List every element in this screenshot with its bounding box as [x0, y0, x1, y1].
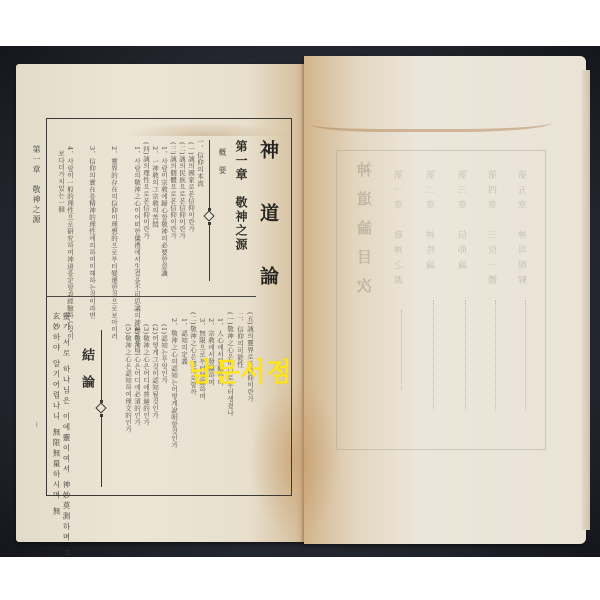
page-number-marker: ㅣ — [34, 420, 40, 429]
text-column: 2、靈界的存在의信仰이理想的으로부터變遷한것으로보아이러 — [110, 146, 118, 340]
conclusion-label: 結論 — [80, 348, 96, 402]
text-column: (1)認知는무엇인가 — [160, 324, 168, 384]
book-title: 神道論 — [258, 140, 282, 329]
ornament-rule-upper-bottom — [209, 225, 210, 281]
text-column: (四)誠의理性으로본信仰이란가 — [142, 142, 150, 239]
text-column: 2、敬神之心의認知는어떻게說明할것인가 — [170, 318, 178, 449]
conclusion-column: 玄妙하야 알기어렵나니 無限無量하시며 無 — [52, 312, 60, 517]
section-divider — [46, 296, 256, 297]
bleed-through-line: 第二章 神性論 — [425, 170, 438, 275]
text-column: 2、一神敎의그宗敎의苦悶 — [151, 146, 159, 228]
bleed-through-title: 神道論目次 — [354, 162, 375, 307]
conclusion-column: 靈가 서로 하나님은 이에靈이여서 神妙莫測하며 그 — [62, 312, 70, 559]
bookstore-watermark: 남문서점 — [188, 352, 292, 389]
text-column: 一、信仰의本流 — [196, 138, 204, 187]
leader-dots — [495, 300, 496, 410]
bleed-through-line: 第五章 神의理解 — [517, 170, 530, 290]
text-column: (一)誠의國家로본信仰이란가 — [187, 142, 195, 232]
text-column: (3)敬神之心은어디에普遍的인가 — [142, 324, 150, 426]
running-head: 第一章 敬神之源 — [30, 145, 42, 225]
bleed-through-line: 第四章 三位一體 — [487, 170, 500, 290]
leader-dots — [465, 300, 466, 410]
text-column: 1、사람이宗敎에歸心할敬神의必要한意識 — [160, 146, 168, 277]
text-column: 1、사람의敬神之心이어떠한儀禮에서生겼을不可思議의神秘로부터 — [133, 146, 141, 354]
text-column: (三)誠의個體으로본信仰이란가 — [169, 142, 177, 239]
text-column: 4、사람이一般的理性으로研究하여神道를定함과經驗하는것이 — [66, 146, 74, 340]
chapter-title: 第一章 敬神之源 — [234, 140, 250, 252]
summary-label: 概要 — [216, 148, 228, 184]
leader-dots — [433, 300, 434, 410]
bleed-through-line: 第三章 信仰論 — [457, 170, 470, 275]
page-stack-edge — [582, 70, 590, 530]
text-column: (二)誠의民族으로본信仰이란가 — [178, 142, 186, 239]
leader-dots — [401, 310, 402, 390]
leader-dots — [525, 300, 526, 410]
water-stain-right — [312, 108, 552, 132]
ornament-rule-lower-bottom — [101, 417, 102, 487]
text-column: 3、信仰의實在를精神的理性에의하여이해하는것이라면 — [88, 146, 96, 319]
text-column: (4)敬神之心은어디에必須的인가 — [133, 324, 141, 426]
ornament-rule-lower-top — [101, 330, 102, 402]
ornament-rule-upper-top — [209, 140, 210, 210]
text-column: (5)敬神之心은認知하여理文的인가 — [124, 324, 132, 433]
text-column: (2)어떻게그것이認知될것인가 — [151, 324, 159, 419]
text-column: 1、認知의定義 — [180, 318, 188, 365]
bleed-through-line: 第一章 敬神之源 — [393, 170, 406, 290]
text-column: 보다더가치있는一個 — [57, 150, 65, 213]
